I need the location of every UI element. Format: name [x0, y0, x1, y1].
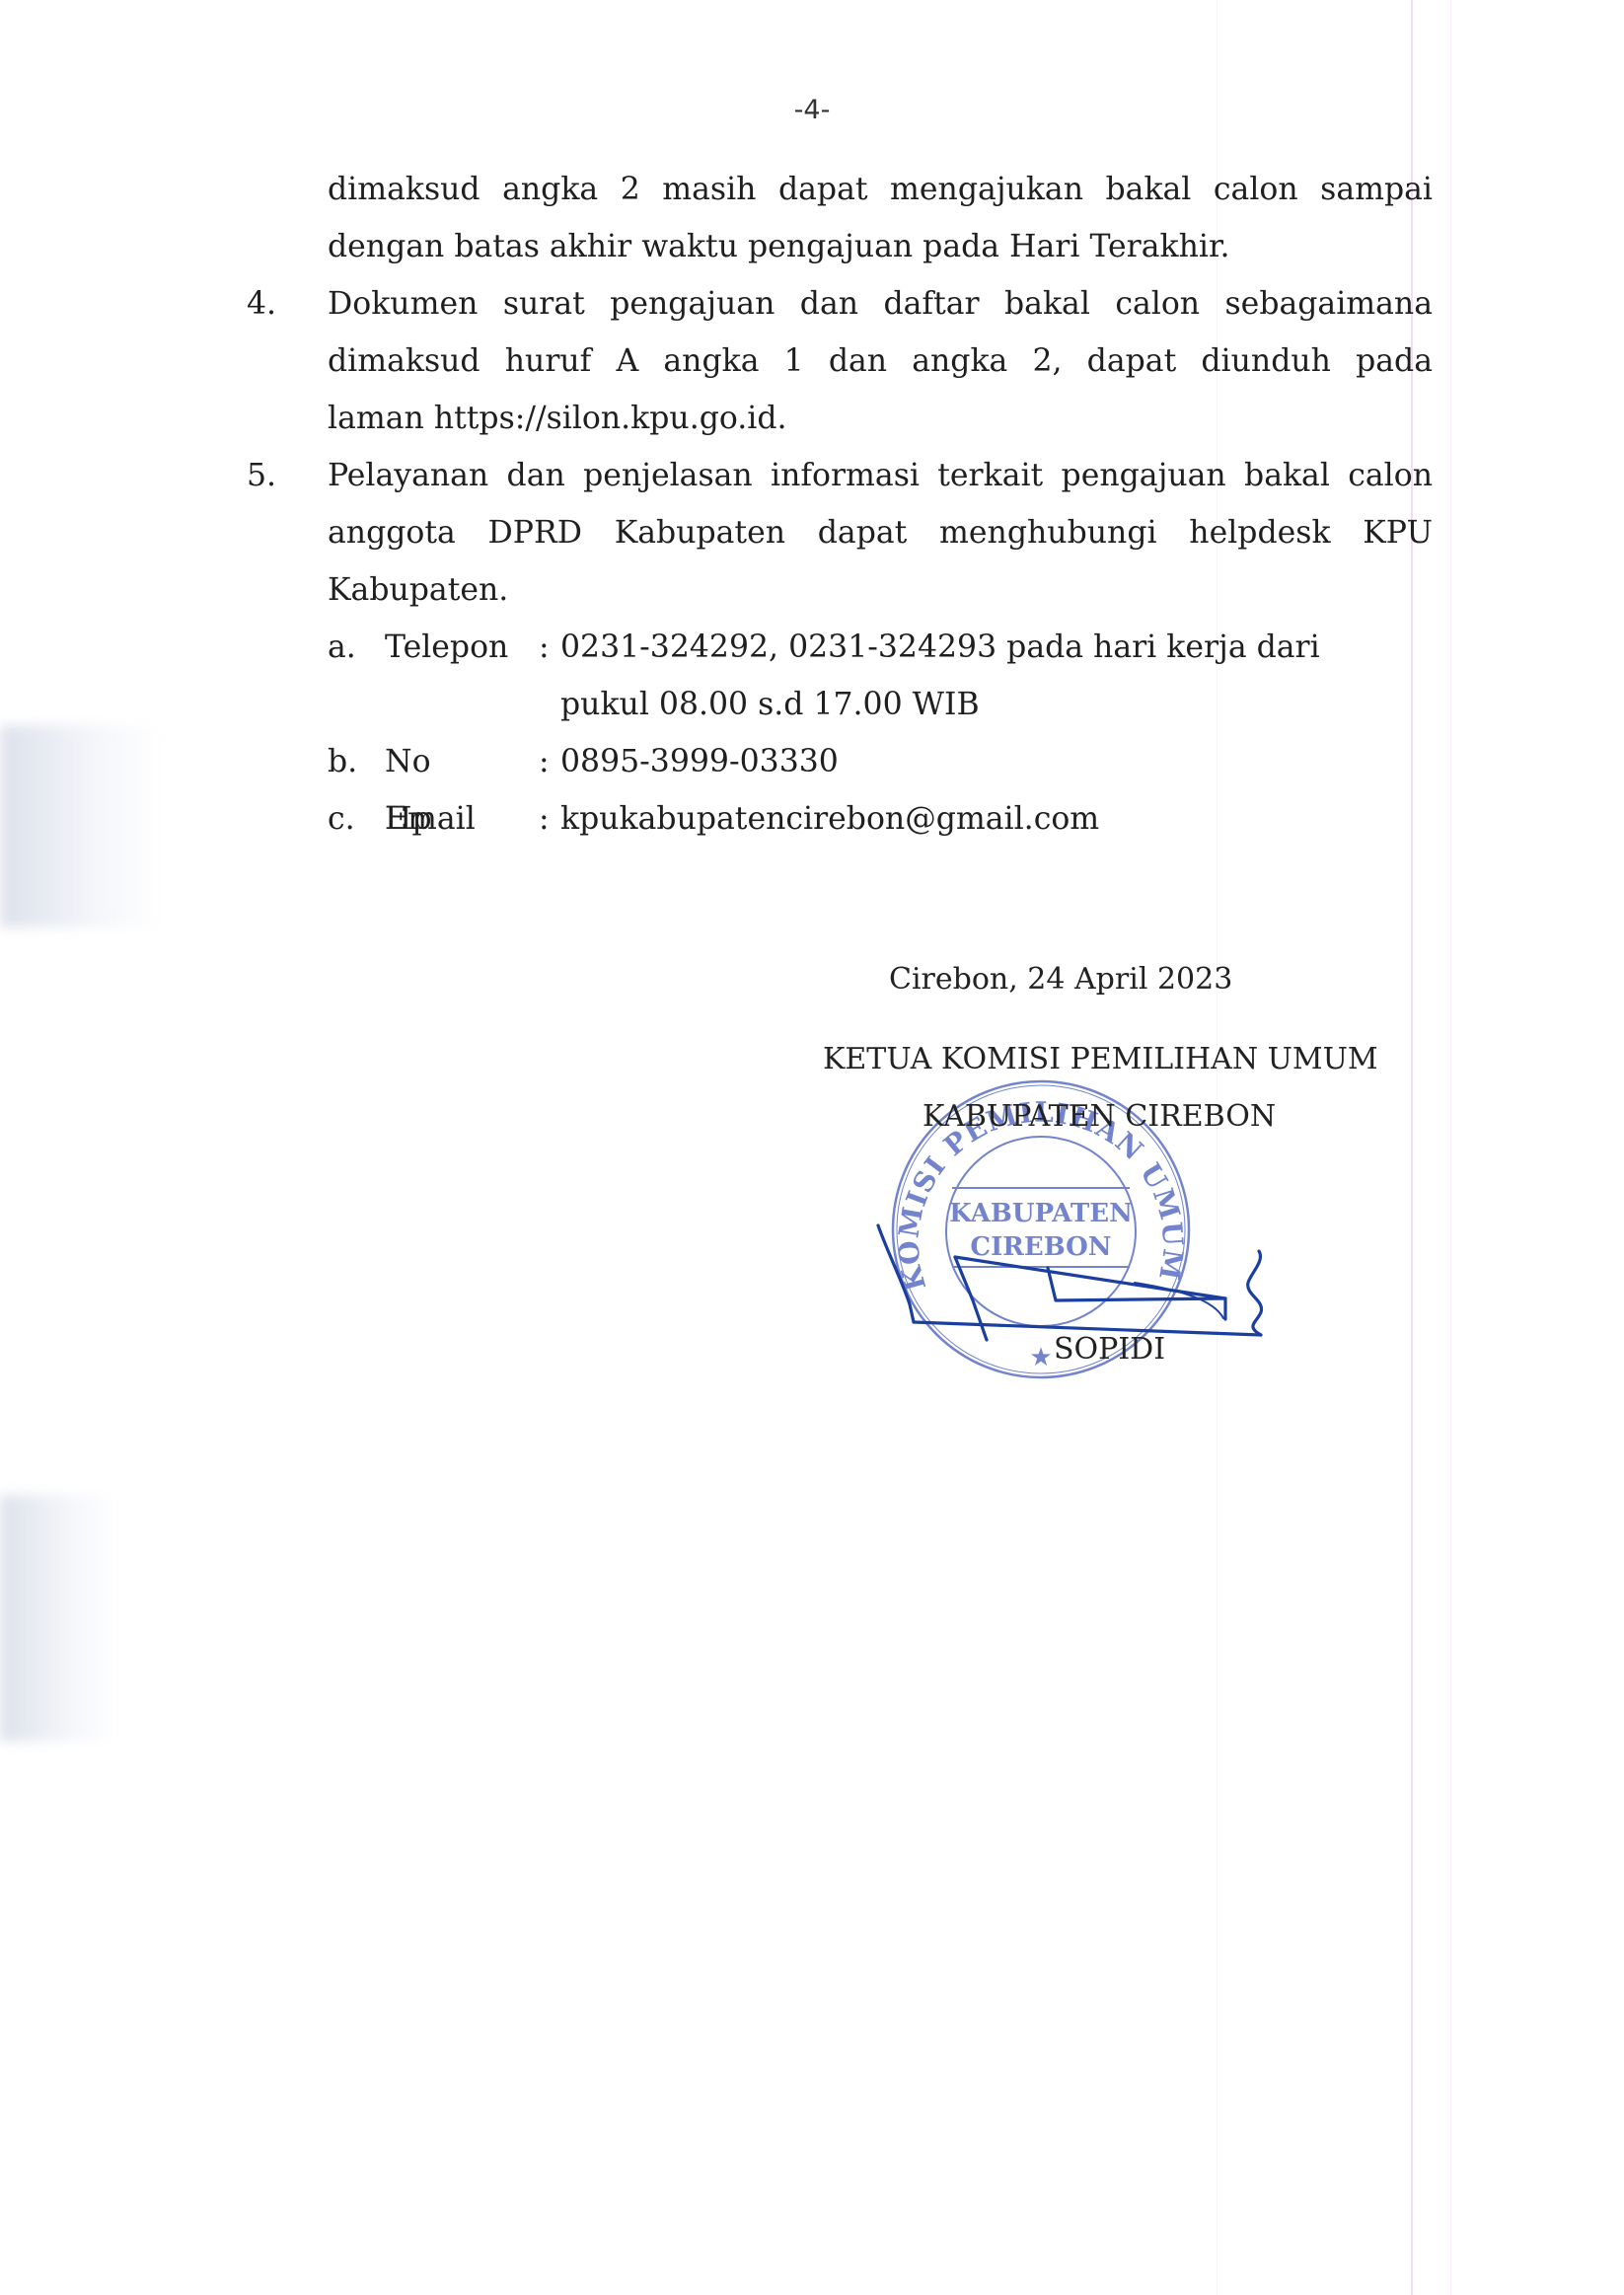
place-date: Cirebon, 24 April 2023	[889, 962, 1232, 997]
scan-artifact-line	[1450, 0, 1451, 2295]
list-number: 4.	[247, 275, 276, 333]
contact-value: 0231-324292, 0231-324293 pada hari kerja…	[560, 619, 1320, 676]
paragraph-line: dimaksud angka 2 masih dapat mengajukan …	[328, 161, 1433, 218]
paragraph-line: Kabupaten.	[328, 561, 1433, 619]
contact-letter: c.	[328, 790, 355, 848]
paragraph-line: laman https://silon.kpu.go.id.	[328, 390, 1433, 447]
stamp-center-text-2: CIREBON	[970, 1232, 1111, 1262]
contact-letter: a.	[328, 619, 356, 676]
page-number: -4-	[0, 95, 1624, 125]
contact-label: Telepon	[385, 619, 508, 676]
paragraph-line: dimaksud huruf A angka 1 dan angka 2, da…	[328, 333, 1433, 390]
contact-colon: :	[539, 733, 550, 790]
paragraph-line: Pelayanan dan penjelasan informasi terka…	[328, 447, 1433, 504]
contact-value-continuation: pukul 08.00 s.d 17.00 WIB	[560, 676, 980, 733]
contact-label: Email	[385, 790, 476, 848]
paragraph-line: dengan batas akhir waktu pengajuan pada …	[328, 218, 1433, 275]
signatory-title-line2: KABUPATEN CIREBON	[923, 1099, 1276, 1134]
stamp-inner-ring	[946, 1137, 1136, 1326]
stamp-center-text-1: KABUPATEN	[949, 1199, 1133, 1228]
contact-value: 0895-3999-03330	[560, 733, 839, 790]
signatory-title-line1: KETUA KOMISI PEMILIHAN UMUM	[823, 1042, 1378, 1076]
scan-smudge	[0, 725, 163, 927]
contact-colon: :	[539, 790, 550, 848]
contact-colon: :	[539, 619, 550, 676]
signatory-name: SOPIDI	[1054, 1332, 1165, 1367]
list-number: 5.	[247, 447, 276, 504]
contact-value: kpukabupatencirebon@gmail.com	[560, 790, 1099, 848]
paragraph-line: Dokumen surat pengajuan dan daftar bakal…	[328, 275, 1433, 333]
scan-smudge	[0, 1495, 118, 1741]
stamp-star-icon: ★	[1029, 1343, 1052, 1372]
contact-letter: b.	[328, 733, 357, 790]
paragraph-line: anggota DPRD Kabupaten dapat menghubungi…	[328, 504, 1433, 561]
